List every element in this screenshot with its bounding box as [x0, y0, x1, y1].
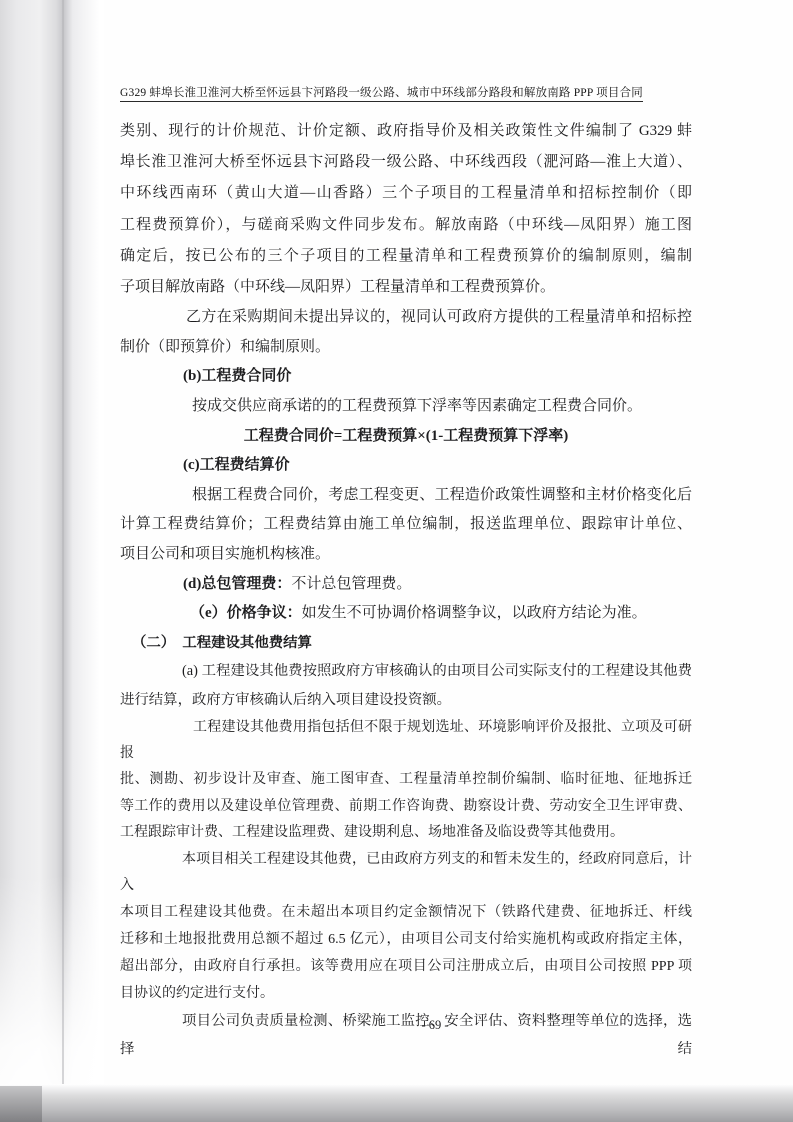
- text-line: (b)工程费合同价: [120, 362, 692, 392]
- text-line: 制价（即预算价）和编制原则。: [120, 333, 692, 363]
- text-line: （e）价格争议：如发生不可协调价格调整争议，以政府方结论为准。: [120, 599, 692, 629]
- paragraph: （e）价格争议：如发生不可协调价格调整争议，以政府方结论为准。: [120, 599, 692, 629]
- paragraph: 乙方在采购期间未提出异议的，视同认可政府方提供的工程量清单和招标控制价（即预算价…: [120, 303, 692, 362]
- paragraph: (a) 工程建设其他费按照政府方审核确认的由项目公司实际支付的工程建设其他费进行…: [120, 657, 692, 714]
- text-line: (a) 工程建设其他费按照政府方审核确认的由项目公司实际支付的工程建设其他费: [120, 657, 692, 686]
- text-line: 迁移和土地报批费用总额不超过 6.5 亿元），由项目公司支付给实施机构或政府指定…: [120, 927, 692, 954]
- text-line: 本项目工程建设其他费。在未超出本项目约定金额情况下（铁路代建费、征地拆迁、杆线: [120, 900, 692, 927]
- text-line: 工程建设其他费用指包括但不限于规划选址、环境影响评价及报批、立项及可研报: [120, 715, 692, 768]
- text-line: 工程跟踪审计费、工程建设监理费、建设期利息、场地准备及临设费等其他费用。: [120, 820, 692, 846]
- text-line: （二） 工程建设其他费结算: [120, 629, 692, 658]
- formula-line: 工程费合同价=工程费预算×(1-工程费预算下浮率): [120, 422, 692, 452]
- paragraph: 根据工程费合同价，考虑工程变更、工程造价政策性调整和主材价格变化后计算工程费结算…: [120, 481, 692, 570]
- text-line: 本项目相关工程建设其他费，已由政府方列支的和暂未发生的，经政府同意后，计入: [120, 847, 692, 901]
- text-line: 按成交供应商承诺的的工程费预算下浮率等因素确定工程费合同价。: [120, 392, 692, 422]
- paragraph: 按成交供应商承诺的的工程费预算下浮率等因素确定工程费合同价。: [120, 392, 692, 422]
- text-run-bold: （e）价格争议：: [190, 605, 302, 621]
- scan-edge-shadow-bottom: [0, 1084, 793, 1122]
- text-line: 等工作的费用以及建设单位管理费、前期工作咨询费、勘察设计费、劳动安全卫生评审费、: [120, 794, 692, 820]
- text-line: (d)总包管理费：不计总包管理费。: [120, 570, 692, 600]
- paragraph: 类别、现行的计价规范、计价定额、政府指导价及相关政策性文件编制了 G329 蚌埠…: [120, 116, 692, 303]
- heading: (b)工程费合同价: [120, 362, 692, 392]
- text-line: 埠长淮卫淮河大桥至怀远县卞河路段一级公路、中环线西段（淝河路—淮上大道）、: [120, 147, 692, 178]
- scanned-contract-page: G329 蚌埠长淮卫淮河大桥至怀远县卞河路段一级公路、城市中环线部分路段和解放南…: [0, 0, 793, 1122]
- paragraph: 本项目相关工程建设其他费，已由政府方列支的和暂未发生的，经政府同意后，计入本项目…: [120, 847, 692, 1008]
- text-line: 计算工程费结算价；工程费结算由施工单位编制，报送监理单位、跟踪审计单位、: [120, 510, 692, 540]
- paragraph: (d)总包管理费：不计总包管理费。: [120, 570, 692, 600]
- text-line: 根据工程费合同价，考虑工程变更、工程造价政策性调整和主材价格变化后: [120, 481, 692, 511]
- heading: (c)工程费结算价: [120, 451, 692, 481]
- scan-corner-shadow: [0, 1086, 42, 1122]
- text-line: 项目公司和项目实施机构核准。: [120, 540, 692, 570]
- text-line: 批、测勘、初步设计及审查、施工图审查、工程量清单控制价编制、临时征地、征地拆迁: [120, 767, 692, 793]
- page-header: G329 蚌埠长淮卫淮河大桥至怀远县卞河路段一级公路、城市中环线部分路段和解放南…: [120, 84, 692, 100]
- paragraph: 项目公司负责质量检测、桥梁施工监控、安全评估、资料整理等单位的选择，选择结: [120, 1007, 692, 1063]
- text-line: (c)工程费结算价: [120, 451, 692, 481]
- text-line: 目协议的约定进行支付。: [120, 981, 692, 1008]
- scan-edge-shadow-left: [0, 0, 104, 1122]
- heading: （二） 工程建设其他费结算: [120, 629, 692, 658]
- text-line: 项目公司负责质量检测、桥梁施工监控、安全评估、资料整理等单位的选择，选择结: [120, 1007, 692, 1063]
- text-run-bold: (d)总包管理费：: [183, 576, 291, 592]
- text-line: 中环线西南环（黄山大道—山香路）三个子项目的工程量清单和招标控制价（即: [120, 178, 692, 209]
- text-line: 确定后，按已公布的三个子项目的工程量清单和工程费预算价的编制原则，编制: [120, 241, 692, 272]
- page-number: - 69 -: [150, 1018, 720, 1033]
- text-line: 工程费预算价），与磋商采购文件同步发布。解放南路（中环线—凤阳界）施工图: [120, 210, 692, 241]
- scan-fold-line: [62, 0, 64, 1090]
- page-header-text: G329 蚌埠长淮卫淮河大桥至怀远县卞河路段一级公路、城市中环线部分路段和解放南…: [120, 87, 643, 102]
- text-run: 不计总包管理费。: [291, 576, 411, 592]
- document-body: 类别、现行的计价规范、计价定额、政府指导价及相关政策性文件编制了 G329 蚌埠…: [120, 116, 692, 1063]
- text-line: 工程费合同价=工程费预算×(1-工程费预算下浮率): [120, 422, 692, 452]
- text-line: 子项目解放南路（中环线—凤阳界）工程量清单和工程费预算价。: [120, 272, 692, 303]
- text-line: 类别、现行的计价规范、计价定额、政府指导价及相关政策性文件编制了 G329 蚌: [120, 116, 692, 147]
- text-line: 乙方在采购期间未提出异议的，视同认可政府方提供的工程量清单和招标控: [120, 303, 692, 333]
- text-run: 如发生不可协调价格调整争议，以政府方结论为准。: [302, 605, 647, 621]
- text-line: 进行结算，政府方审核确认后纳入项目建设投资额。: [120, 686, 692, 715]
- text-line: 超出部分，由政府自行承担。该等费用应在项目公司注册成立后，由项目公司按照 PPP…: [120, 954, 692, 981]
- paragraph: 工程建设其他费用指包括但不限于规划选址、环境影响评价及报批、立项及可研报批、测勘…: [120, 715, 692, 847]
